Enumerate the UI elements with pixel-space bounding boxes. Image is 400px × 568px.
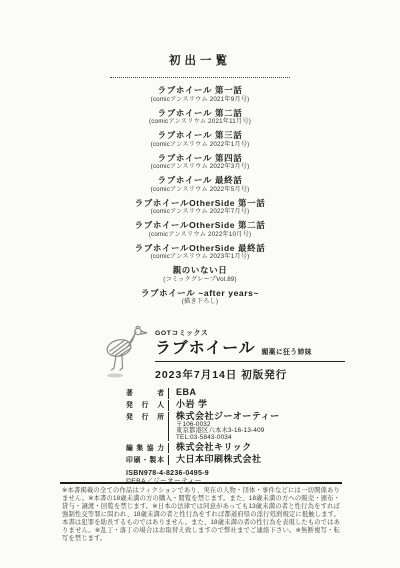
- first-publication-heading: 初出一覧: [0, 54, 400, 68]
- publication-title: ラブホイール 最終話: [0, 175, 400, 186]
- publication-title: ラブホイール 第二話: [0, 108, 400, 119]
- publication-item: ラブホイール ~after years~ (描き下ろし): [0, 288, 400, 306]
- publication-item: ラブホイール 第二話 (comicアンスリウム 2021年11月号): [0, 108, 400, 126]
- disclaimer-text: ※本書掲載の全ての作品はフィクションであり、実在の人物・団体・事件などには一切関…: [62, 487, 340, 543]
- book-subtitle: 媚薬に狂う姉妹: [261, 348, 311, 358]
- imprint-label: GOTコミックス: [155, 330, 345, 338]
- colophon-label: 発行人: [126, 400, 164, 411]
- title-section: GOTコミックス ラブホイール 媚薬に狂う姉妹 2023年7月14日 初版発行: [103, 324, 345, 382]
- publication-source: (comicアンスリウム 2022年1月号): [0, 141, 400, 149]
- edition-date: 2023年7月14日 初版発行: [155, 367, 345, 382]
- publication-title: ラブホイールOtherSide 第一話: [0, 198, 400, 209]
- publication-title: ラブホイールOtherSide 第二話: [0, 220, 400, 231]
- colophon-label: 印刷・製本: [126, 455, 164, 466]
- publication-title: ラブホイールOtherSide 最終話: [0, 243, 400, 254]
- publication-source: (comicアンスリウム 2023年1月号): [0, 253, 400, 261]
- publication-title: ラブホイール ~after years~: [0, 288, 400, 299]
- publication-list: ラブホイール 第一話 (comicアンスリウム 2021年9月号) ラブホイール…: [0, 85, 400, 306]
- colophon-value: 小岩 学: [176, 400, 208, 410]
- colophon-label: 発行所: [126, 412, 164, 441]
- first-publication-section: 初出一覧 ラブホイール 第一話 (comicアンスリウム 2021年9月号) ラ…: [0, 54, 400, 310]
- colophon-row-editing: 編集協力 株式会社キリック: [126, 443, 366, 454]
- colophon-label: 編集協力: [126, 443, 164, 454]
- publisher-phone: TEL:03-5843-0034: [176, 435, 280, 442]
- publication-item: 親のいない日 (コミックグレープVol.89): [0, 265, 400, 283]
- publication-title: 親のいない日: [0, 265, 400, 276]
- publication-source: (comicアンスリウム 2022年5月号): [0, 186, 400, 194]
- colophon-table: 著者 EBA 発行人 小岩 学 発行所 株式会社ジーオーティー 〒106-003…: [126, 388, 366, 485]
- publication-source: (comicアンスリウム 2022年3月号): [0, 163, 400, 171]
- publication-title: ラブホイール 第四話: [0, 153, 400, 164]
- publication-source: (comicアンスリウム 2022年10月号): [0, 231, 400, 239]
- publication-title: ラブホイール 第一話: [0, 85, 400, 96]
- publisher-mascot-bird-icon: [103, 324, 151, 380]
- colophon-value: 株式会社キリック: [176, 443, 252, 453]
- publication-source: (comicアンスリウム 2021年11月号): [0, 118, 400, 126]
- title-underline: [155, 361, 345, 362]
- dotted-divider: [110, 77, 290, 78]
- section-divider: [60, 482, 342, 484]
- publication-source: (comicアンスリウム 2021年9月号): [0, 96, 400, 104]
- colophon-label: 著者: [126, 388, 164, 399]
- colophon-row-publisher: 発行所 株式会社ジーオーティー 〒106-0032 東京都港区六本木3-16-1…: [126, 412, 366, 441]
- publication-title: ラブホイール 第三話: [0, 130, 400, 141]
- publication-item: ラブホイール 最終話 (comicアンスリウム 2022年5月号): [0, 175, 400, 193]
- colophon-row-author: 著者 EBA: [126, 388, 366, 399]
- book-title: ラブホイール: [155, 340, 255, 358]
- colophon-row-printing: 印刷・製本 大日本印刷株式会社: [126, 455, 366, 466]
- publication-item: ラブホイール 第四話 (comicアンスリウム 2022年3月号): [0, 153, 400, 171]
- publication-source: (comicアンスリウム 2022年7月号): [0, 208, 400, 216]
- publication-item: ラブホイールOtherSide 最終話 (comicアンスリウム 2023年1月…: [0, 243, 400, 261]
- publication-item: ラブホイールOtherSide 第二話 (comicアンスリウム 2022年10…: [0, 220, 400, 238]
- colophon-page: 初出一覧 ラブホイール 第一話 (comicアンスリウム 2021年9月号) ラ…: [0, 0, 400, 568]
- colophon-row-publisher-person: 発行人 小岩 学: [126, 400, 366, 411]
- colophon-value: 大日本印刷株式会社: [176, 455, 262, 465]
- publication-item: ラブホイール 第一話 (comicアンスリウム 2021年9月号): [0, 85, 400, 103]
- publication-source: (コミックグレープVol.89): [0, 276, 400, 284]
- publication-item: ラブホイールOtherSide 第一話 (comicアンスリウム 2022年7月…: [0, 198, 400, 216]
- publication-source: (描き下ろし): [0, 298, 400, 306]
- isbn: ISBN978-4-8236-0495-9: [126, 470, 366, 478]
- publication-item: ラブホイール 第三話 (comicアンスリウム 2022年1月号): [0, 130, 400, 148]
- colophon-value: EBA: [176, 388, 197, 398]
